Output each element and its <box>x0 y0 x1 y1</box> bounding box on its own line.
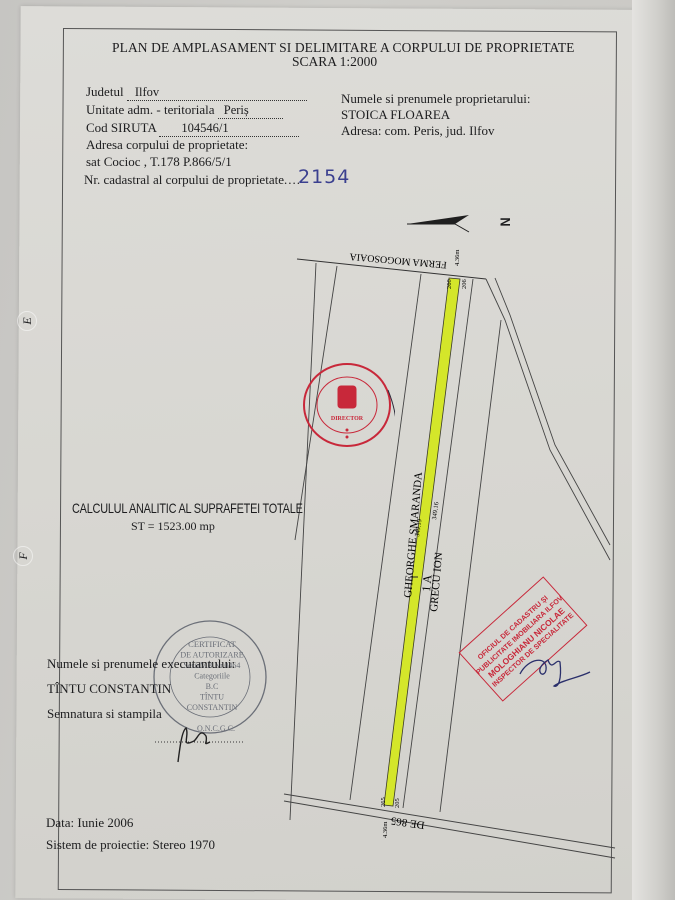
svg-text:DE 865: DE 865 <box>390 814 426 831</box>
svg-text:205: 205 <box>394 798 401 808</box>
svg-text:4.36m: 4.36m <box>454 250 461 266</box>
area-total-value: ST = 1523.00 mp <box>131 519 215 534</box>
inspector-rect-stamp: OFICIUL DE CADASTRU ȘI PUBLICITATE IMOBI… <box>458 570 588 710</box>
executor-signature-label: Semnatura si stampila <box>47 706 162 722</box>
svg-text:CONSTANTIN: CONSTANTIN <box>187 703 238 712</box>
svg-text:265: 265 <box>380 797 387 807</box>
parcel-plan-map: FERMA MOGOSOAIA 4.36m 260 206 GHEORGHE S… <box>0 0 675 900</box>
svg-text:Categoriile: Categoriile <box>194 672 230 681</box>
agency-round-stamp: DIRECTOR <box>300 360 395 450</box>
inspector-signature <box>518 650 598 695</box>
svg-text:FERMA MOGOSOAIA: FERMA MOGOSOAIA <box>348 250 447 270</box>
svg-text:349.16: 349.16 <box>431 501 441 520</box>
document-date: Data: Iunie 2006 <box>46 815 133 831</box>
svg-text:CERTIFICAT: CERTIFICAT <box>188 639 236 649</box>
svg-text:TÎNTU: TÎNTU <box>200 692 224 702</box>
executor-signature <box>150 716 250 766</box>
executor-name: TÎNTU CONSTANTIN <box>47 681 171 697</box>
projection-system: Sistem de proiectie: Stereo 1970 <box>46 837 215 853</box>
svg-text:DIRECTOR: DIRECTOR <box>331 416 364 422</box>
svg-text:4.36m: 4.36m <box>382 822 389 838</box>
executor-name-label: Numele si prenumele executantului: <box>47 656 235 672</box>
svg-text:B.C: B.C <box>206 682 219 691</box>
svg-text:260: 260 <box>446 279 453 289</box>
area-calc-heading: CALCULUL ANALITIC AL SUPRAFETEI TOTALE <box>72 500 303 516</box>
svg-text:206: 206 <box>461 279 468 290</box>
svg-text:1 A: 1 A <box>419 574 434 592</box>
